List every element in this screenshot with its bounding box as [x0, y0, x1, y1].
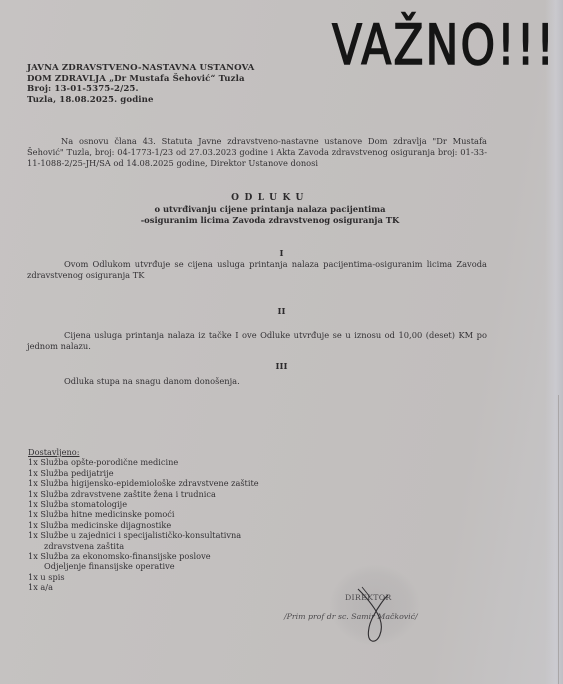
- distribution-item: 1x a/a: [28, 582, 259, 592]
- distribution-item: 1x Služba stomatologije: [28, 499, 259, 509]
- place-date: Tuzla, 18.08.2025. godine: [27, 95, 254, 106]
- distribution-item: 1x Služba hitne medicinske pomoći: [28, 509, 259, 519]
- distribution-item: 1x Službe u zajednici i specijalističko-…: [28, 530, 259, 540]
- institution-line-2: DOM ZDRAVLJA „Dr Mustafa Šehović“ Tuzla: [27, 74, 254, 85]
- distribution-item: 1x Služba higijensko-epidemiološke zdrav…: [28, 478, 259, 488]
- section-1-text: Ovom Odlukom utvrđuje se cijena usluga p…: [27, 259, 487, 281]
- decision-subtitle-line-2: -osiguranim licima Zavoda zdravstvenog o…: [60, 215, 480, 226]
- distribution-item-continuation: Odjeljenje finansijske operative: [28, 561, 259, 571]
- handwritten-signature-icon: [340, 585, 400, 645]
- signature-block: DIREKTOR /Prim prof dr sc. Samir Mačkovi…: [290, 585, 480, 645]
- distribution-label: Dostavljeno:: [28, 447, 259, 457]
- preamble-paragraph: Na osnovu člana 43. Statuta Javne zdravs…: [27, 136, 487, 169]
- decision-subtitle-line-1: o utvrđivanju cijene printanja nalaza pa…: [60, 204, 480, 215]
- distribution-item: 1x Služba medicinske dijagnostike: [28, 520, 259, 530]
- section-2-number: II: [0, 307, 563, 317]
- distribution-list: Dostavljeno: 1x Služba opšte-porodične m…: [28, 447, 259, 593]
- reference-number: Broj: 13-01-5375-2/25.: [27, 84, 254, 95]
- section-1-number: I: [0, 249, 563, 259]
- section-3-text: Odluka stupa na snagu danom donošenja.: [27, 376, 487, 387]
- distribution-item: 1x Služba zdravstvene zaštite žena i tru…: [28, 489, 259, 499]
- distribution-item: 1x Služba za ekonomsko-finansijske poslo…: [28, 551, 259, 561]
- distribution-item-continuation: zdravstvena zaštita: [28, 541, 259, 551]
- page-edge-shadow: [545, 0, 563, 684]
- institution-line-1: JAVNA ZDRAVSTVENO-NASTAVNA USTANOVA: [27, 63, 254, 74]
- distribution-item: 1x Služba opšte-porodične medicine: [28, 457, 259, 467]
- document-header: JAVNA ZDRAVSTVENO-NASTAVNA USTANOVA DOM …: [27, 63, 254, 105]
- page-edge-line: [558, 395, 559, 684]
- decision-title: ODLUKU: [60, 193, 480, 204]
- distribution-item: 1x Služba pedijatrije: [28, 468, 259, 478]
- section-2-text: Cijena usluga printanja nalaza iz tačke …: [27, 330, 487, 352]
- distribution-item: 1x u spis: [28, 572, 259, 582]
- section-3-number: III: [0, 362, 563, 372]
- handwritten-important-note: VAŽNO!!!: [332, 14, 556, 78]
- decision-title-block: ODLUKU o utvrđivanju cijene printanja na…: [60, 193, 480, 225]
